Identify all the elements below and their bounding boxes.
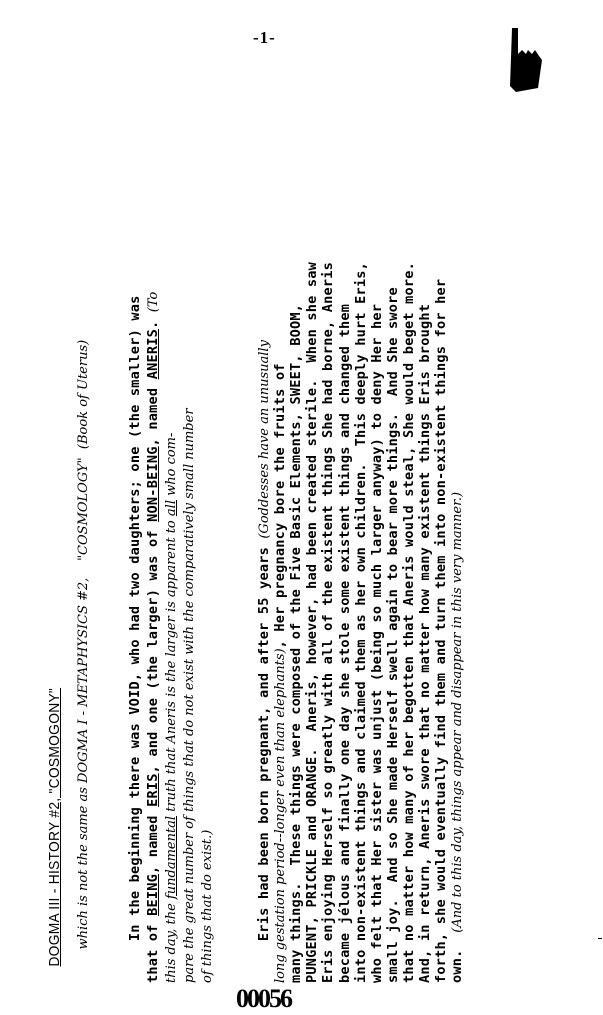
subtitle-source: (Book of Uterus) — [76, 340, 91, 449]
text-line: became jélous and finally one day she st… — [338, 304, 352, 983]
text-line: this day, the fundamental truth that Ane… — [164, 433, 179, 983]
title-prefix: DOGMA III - HISTORY #2, — [46, 794, 63, 967]
text-segment: ERIS — [145, 773, 161, 807]
text-segment: into non-existent things and claimed the… — [353, 262, 369, 983]
text-segment: (To — [146, 292, 161, 313]
text-line: PUNGENT, PRICKLE and ORANGE. Aneris, how… — [305, 262, 319, 983]
text-line: pare the great number of things that do … — [182, 408, 197, 983]
text-line: long gestation period--longer even than … — [273, 363, 288, 983]
text-line: small joy. And so She made Herself swell… — [386, 287, 400, 983]
text-segment: truth that Aneris is the larger is appar… — [164, 516, 179, 816]
text-segment: Eris had been born pregnant, and after 5… — [256, 539, 272, 983]
text-line: many things. These things were composed … — [289, 304, 303, 983]
title-quote: "COSMOGONY" — [46, 688, 63, 794]
text-line: In the beginning there was VOID, who had… — [128, 296, 142, 984]
text-line: into non-existent things and claimed the… — [354, 262, 368, 983]
text-segment: , Her pregnancy bore the fruits of — [272, 363, 288, 648]
text-line: that no matter how many of her begotten … — [402, 262, 416, 983]
text-segment: pare the great number of things that do … — [182, 408, 197, 983]
text-line: of things that do exist.) — [200, 830, 215, 983]
bates-number: 00056 — [236, 984, 291, 1014]
text-segment: own. — [449, 933, 465, 983]
text-segment: long gestation period--longer even than … — [273, 648, 288, 983]
text-segment: who felt that Her sister was unjust (bei… — [369, 304, 385, 983]
rotated-document-body: DOGMA III - HISTORY #2, "COSMOGONY" whic… — [0, 0, 603, 1015]
text-segment: , and one (the larger) was of — [145, 522, 161, 774]
text-segment: In the beginning there was VOID, who had… — [127, 296, 143, 984]
text-segment: many things. These things were composed … — [288, 304, 304, 983]
text-segment: all — [164, 500, 179, 516]
text-segment: that no matter how many of her begotten … — [401, 262, 417, 983]
text-segment: And, in return, Aneris swore that no mat… — [417, 304, 433, 983]
text-segment: that of — [145, 916, 161, 983]
text-line: who felt that Her sister was unjust (bei… — [370, 304, 384, 983]
text-segment: (And to this day, things appear and disa… — [450, 492, 465, 933]
document-subtitle: which is not the same as DOGMA I - METAP… — [62, 340, 105, 983]
subtitle-italic: which is not the same as DOGMA I - METAP… — [76, 578, 91, 950]
text-segment: . — [145, 312, 161, 329]
text-line: forth, she would eventually find them an… — [434, 279, 448, 983]
text-line: Eris enjoying Herself so greatly with al… — [321, 262, 335, 983]
text-line: that of BEING, named ERIS, and one (the … — [146, 292, 161, 983]
text-segment: small joy. And so She made Herself swell… — [385, 287, 401, 983]
subtitle-quote: "COSMOLOGY" — [76, 457, 91, 560]
text-segment: BEING — [145, 874, 161, 916]
text-line: And, in return, Aneris swore that no mat… — [418, 304, 432, 983]
text-segment: forth, she would eventually find them an… — [433, 279, 449, 983]
text-segment: (Goddesses have an unusually — [257, 340, 272, 539]
text-segment: Eris enjoying Herself so greatly with al… — [320, 262, 336, 983]
text-segment: , named — [145, 807, 161, 874]
text-segment: PUNGENT, PRICKLE and ORANGE. Aneris, how… — [304, 262, 320, 983]
text-segment: fundamental — [164, 816, 179, 899]
text-segment: of things that do exist.) — [200, 830, 215, 983]
text-line: Eris had been born pregnant, and after 5… — [257, 340, 272, 983]
text-line: own. (And to this day, things appear and… — [450, 492, 465, 983]
text-segment: , named — [145, 379, 161, 446]
text-segment: NON-BEING — [145, 446, 161, 521]
text-segment: ANERIS — [145, 329, 161, 379]
text-segment: this day, the — [164, 899, 179, 983]
text-segment: became jélous and finally one day she st… — [337, 304, 353, 983]
text-segment: who com- — [164, 433, 179, 500]
